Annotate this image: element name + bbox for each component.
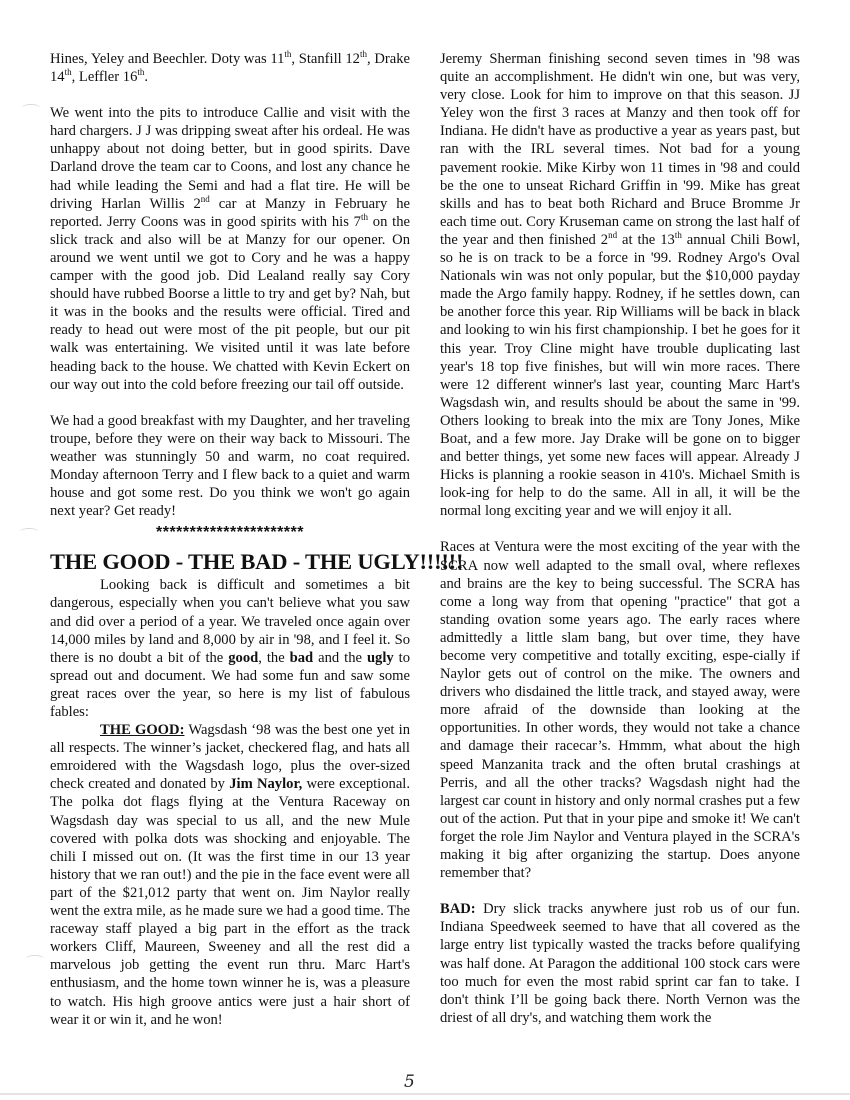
scan-bottom-edge: [0, 1093, 850, 1095]
the-good-label: THE GOOD:: [100, 722, 184, 738]
scan-margin-mark: [22, 104, 40, 111]
pit-visit-paragraph: We went into the pits to introduce Calli…: [50, 104, 410, 394]
drivers-outlook-paragraph: Jeremy Sherman finishing second seven ti…: [440, 50, 800, 520]
section-divider: **********************: [50, 524, 410, 542]
race-results-paragraph: Hines, Yeley and Beechler. Doty was 11th…: [50, 50, 410, 86]
breakfast-paragraph: We had a good breakfast with my Daughter…: [50, 412, 410, 521]
ventura-races-paragraph: Races at Ventura were the most exciting …: [440, 538, 800, 882]
article-headline: THE GOOD - THE BAD - THE UGLY!!!!!!: [50, 550, 410, 574]
the-bad-paragraph: BAD: Dry slick tracks anywhere just rob …: [440, 900, 800, 1027]
intro-paragraph: Looking back is difficult and sometimes …: [50, 576, 410, 721]
the-good-paragraph: THE GOOD: Wagsdash ‘98 was the best one …: [50, 721, 410, 1029]
right-column: Jeremy Sherman finishing second seven ti…: [440, 50, 800, 1027]
left-column: Hines, Yeley and Beechler. Doty was 11th…: [50, 50, 410, 1029]
the-bad-label: BAD:: [440, 901, 476, 917]
newsletter-page: Hines, Yeley and Beechler. Doty was 11th…: [0, 0, 850, 1100]
scan-margin-mark: [26, 955, 44, 962]
scan-margin-mark: [20, 528, 38, 535]
page-number: 5: [404, 1072, 415, 1092]
